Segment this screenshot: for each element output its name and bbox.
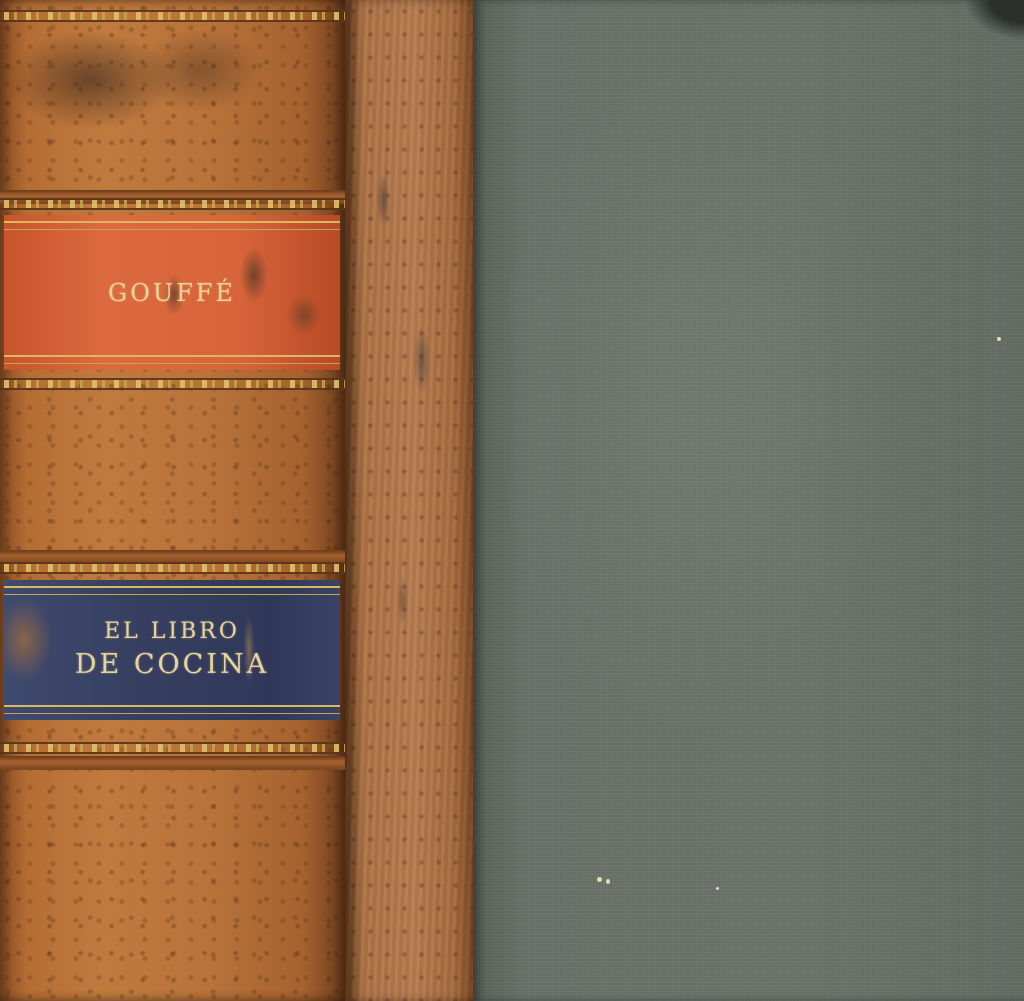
gilt-rule-top [0, 10, 345, 22]
speck [597, 877, 602, 882]
gilt-rule [0, 378, 345, 390]
speck [716, 887, 719, 890]
title-label: EL LIBRO DE COCINA [4, 580, 340, 720]
author-label: GOUFFÉ [4, 215, 340, 370]
book-photo: GOUFFÉ EL LIBRO DE COCINA [0, 0, 1024, 1001]
gilt-rule [0, 198, 345, 210]
leather-board-edge [345, 0, 473, 1001]
speck [606, 879, 610, 884]
title-line-1: EL LIBRO [104, 617, 240, 647]
cloth-cover [473, 0, 1024, 1001]
gilt-rule [0, 562, 345, 574]
book-spine: GOUFFÉ EL LIBRO DE COCINA [0, 0, 345, 1001]
speck [997, 337, 1001, 341]
corner-wear [964, 0, 1024, 40]
title-line-2: DE COCINA [75, 647, 269, 683]
raised-band [0, 756, 345, 770]
author-name: GOUFFÉ [108, 279, 236, 307]
gilt-rule [0, 742, 345, 754]
